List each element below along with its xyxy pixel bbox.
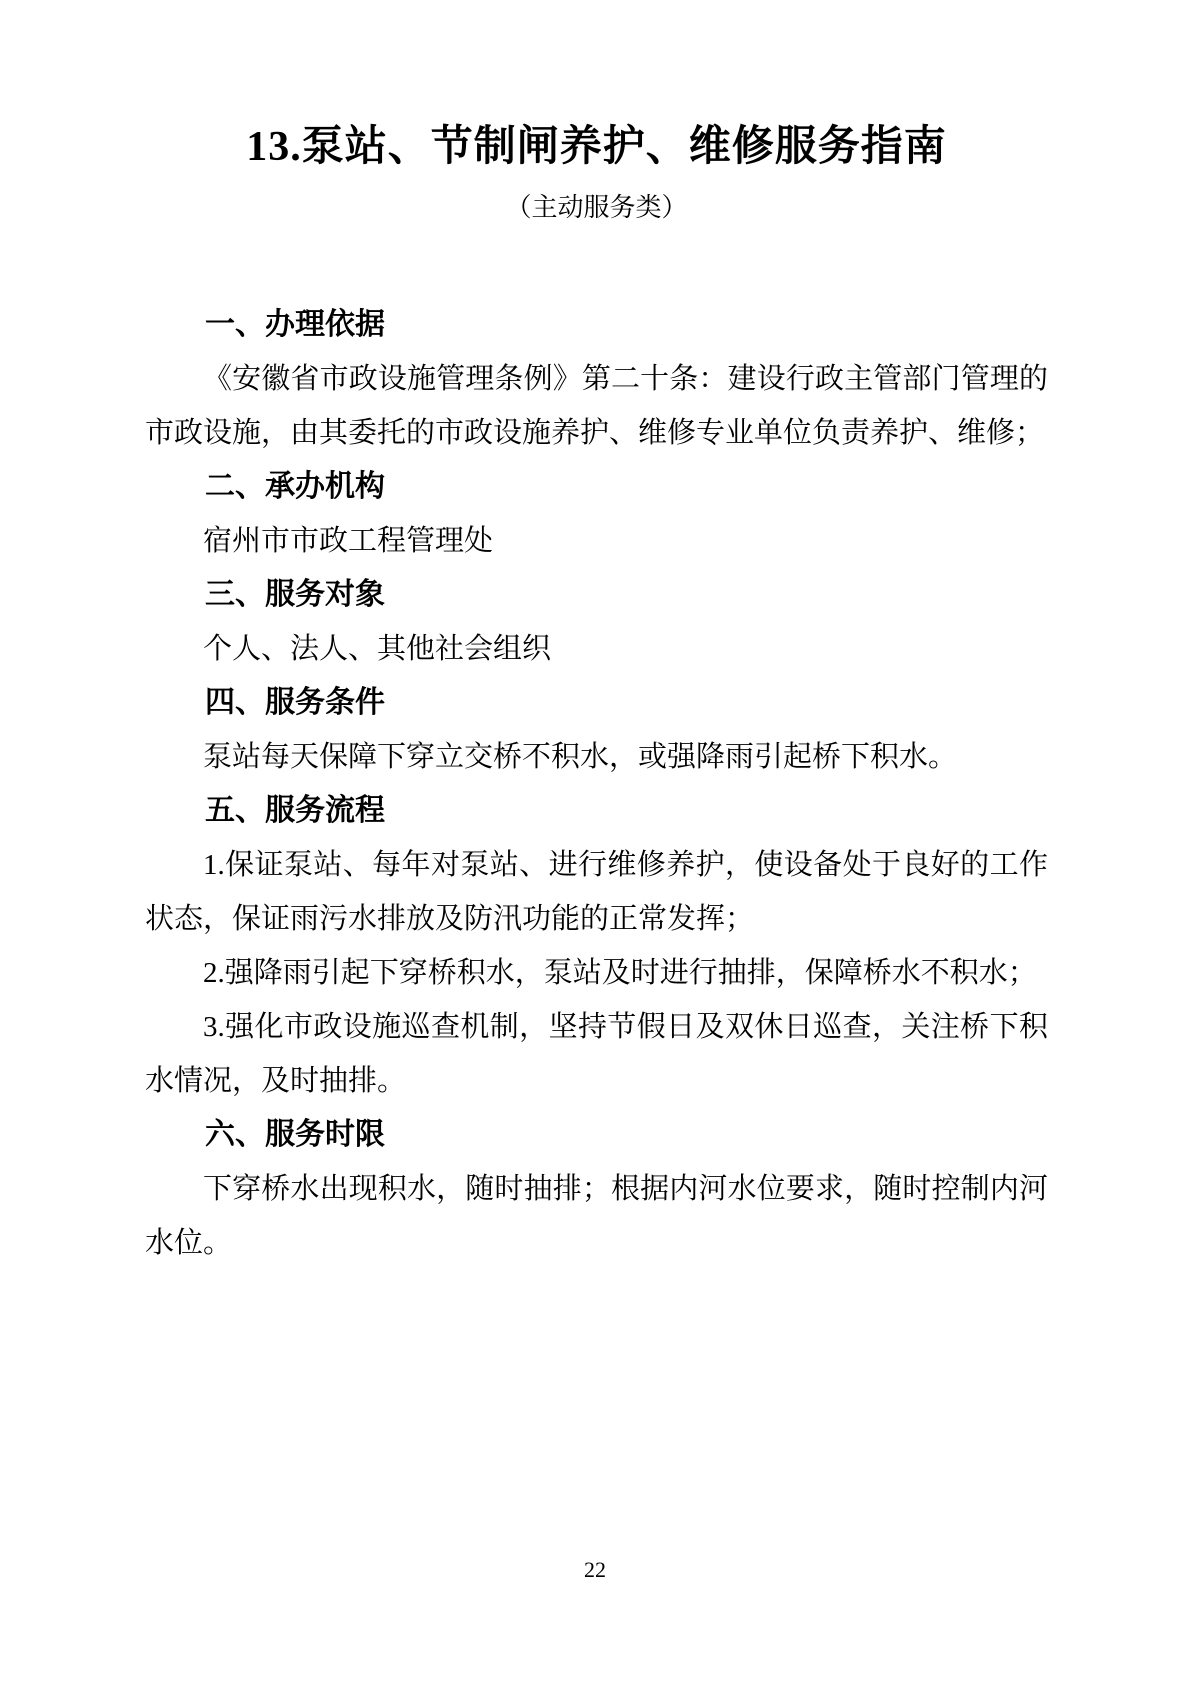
section-service-target: 三、服务对象 个人、法人、其他社会组织	[145, 568, 1048, 676]
section-service-condition: 四、服务条件 泵站每天保障下穿立交桥不积水，或强降雨引起桥下积水。	[145, 676, 1048, 784]
section-paragraph: 2.强降雨引起下穿桥积水，泵站及时进行抽排，保障桥水不积水；	[145, 946, 1048, 1000]
section-agency: 二、承办机构 宿州市市政工程管理处	[145, 460, 1048, 568]
section-heading: 六、服务时限	[145, 1108, 1048, 1162]
section-paragraph: 1.保证泵站、每年对泵站、进行维修养护，使设备处于良好的工作状态，保证雨污水排放…	[145, 838, 1048, 946]
section-heading: 五、服务流程	[145, 784, 1048, 838]
section-paragraph: 个人、法人、其他社会组织	[145, 622, 1048, 676]
section-paragraph: 泵站每天保障下穿立交桥不积水，或强降雨引起桥下积水。	[145, 730, 1048, 784]
section-heading: 二、承办机构	[145, 460, 1048, 514]
page-subtitle: （主动服务类）	[145, 190, 1048, 226]
section-heading: 一、办理依据	[145, 298, 1048, 352]
page-title: 13.泵站、节制闸养护、维修服务指南	[145, 118, 1048, 176]
section-paragraph: 《安徽省市政设施管理条例》第二十条：建设行政主管部门管理的市政设施，由其委托的市…	[145, 352, 1048, 460]
section-paragraph: 宿州市市政工程管理处	[145, 514, 1048, 568]
section-heading: 四、服务条件	[145, 676, 1048, 730]
document-page: 13.泵站、节制闸养护、维修服务指南 （主动服务类） 一、办理依据 《安徽省市政…	[0, 0, 1190, 1683]
document-content: 13.泵站、节制闸养护、维修服务指南 （主动服务类） 一、办理依据 《安徽省市政…	[0, 0, 1190, 1270]
section-heading: 三、服务对象	[145, 568, 1048, 622]
section-basis: 一、办理依据 《安徽省市政设施管理条例》第二十条：建设行政主管部门管理的市政设施…	[145, 298, 1048, 460]
section-service-time-limit: 六、服务时限 下穿桥水出现积水，随时抽排；根据内河水位要求，随时控制内河水位。	[145, 1108, 1048, 1270]
section-paragraph: 下穿桥水出现积水，随时抽排；根据内河水位要求，随时控制内河水位。	[145, 1162, 1048, 1270]
page-number: 22	[0, 1556, 1190, 1584]
section-service-process: 五、服务流程 1.保证泵站、每年对泵站、进行维修养护，使设备处于良好的工作状态，…	[145, 784, 1048, 1108]
document-sections: 一、办理依据 《安徽省市政设施管理条例》第二十条：建设行政主管部门管理的市政设施…	[145, 298, 1048, 1270]
section-paragraph: 3.强化市政设施巡查机制，坚持节假日及双休日巡查，关注桥下积水情况，及时抽排。	[145, 1000, 1048, 1108]
